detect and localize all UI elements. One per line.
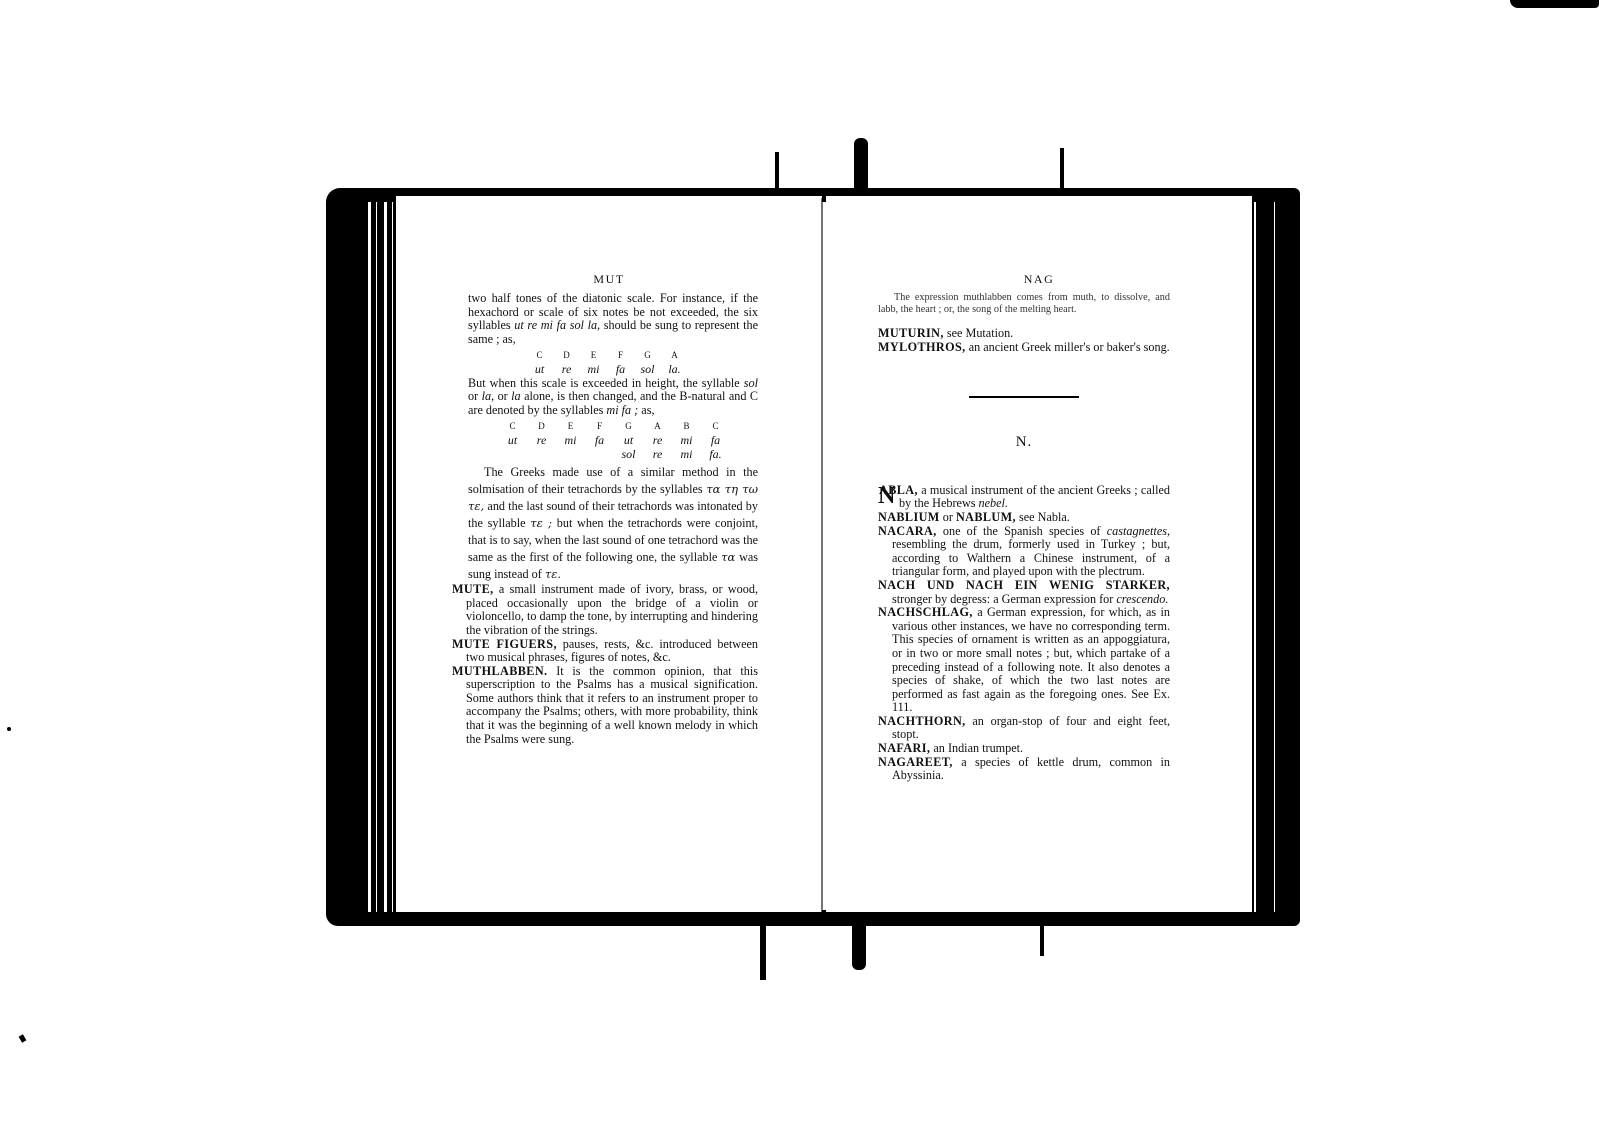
entry-headword: NABLIUM bbox=[878, 510, 940, 524]
entry-definition: stronger by degress: a German expression… bbox=[892, 592, 1113, 606]
dictionary-entry: MUTHLABBEN. It is the common opinion, th… bbox=[452, 665, 758, 747]
running-head-left: MUT bbox=[396, 272, 822, 287]
scale-syllable bbox=[585, 448, 614, 462]
scale-note: C bbox=[701, 420, 730, 434]
bookmark-tab-top-2 bbox=[854, 138, 868, 192]
scale-note: E bbox=[556, 420, 585, 434]
scale-syllable: fa bbox=[607, 363, 634, 377]
scale-syllable: sol bbox=[634, 363, 661, 377]
scale-syllable: mi bbox=[672, 448, 701, 462]
scale-syllable: mi bbox=[672, 434, 701, 448]
scale-syllable: la. bbox=[661, 363, 688, 377]
scale-syllable: ut bbox=[498, 434, 527, 448]
entry-italic-term: castagnettes, bbox=[1107, 524, 1170, 538]
entry-headword: NAGAREET, bbox=[878, 755, 953, 769]
scale-note: D bbox=[527, 420, 556, 434]
muthlabben-note: The expression muthlabben comes from mut… bbox=[878, 292, 1170, 315]
scale-syllable: mi bbox=[556, 434, 585, 448]
scale-syllable: re bbox=[527, 434, 556, 448]
scale-note: B bbox=[672, 420, 701, 434]
dictionary-entry: MUTE, a small instrument made of ivory, … bbox=[452, 583, 758, 637]
dictionary-entry: NAGAREET, a species of kettle drum, comm… bbox=[878, 756, 1170, 783]
entry-definition: see Nabla. bbox=[1019, 510, 1070, 524]
scale-note: G bbox=[614, 420, 643, 434]
scan-artifact-left-2 bbox=[19, 1034, 27, 1043]
entry-definition: one of the Spanish species of bbox=[943, 524, 1101, 538]
entry-headword: NACH UND NACH EIN WENIG STARKER, bbox=[878, 578, 1170, 592]
section-letter-heading: N. bbox=[878, 436, 1170, 450]
running-head-right: NAG bbox=[826, 272, 1252, 287]
right-entries-list: NABLIUM or NABLUM, see Nabla.NACARA, one… bbox=[878, 511, 1170, 783]
dictionary-entry: MYLOTHROS, an ancient Greek miller's or … bbox=[878, 341, 1170, 355]
paragraph-hexachord: two half tones of the diatonic scale. Fo… bbox=[468, 292, 758, 346]
left-page-text-column: two half tones of the diatonic scale. Fo… bbox=[468, 292, 758, 746]
scale-syllable: sol bbox=[614, 448, 643, 462]
scale-six-notes: CDEFGAutremifasolla. bbox=[526, 349, 758, 376]
scale-note: A bbox=[643, 420, 672, 434]
entry-definition: or bbox=[943, 510, 953, 524]
entry-nabla: NABLA, a musical instrument of the ancie… bbox=[878, 484, 1170, 511]
scale-syllable: fa. bbox=[701, 448, 730, 462]
dictionary-entry: NACARA, one of the Spanish species of ca… bbox=[878, 525, 1170, 579]
scale-syllable: re bbox=[643, 434, 672, 448]
scale-note: C bbox=[526, 349, 553, 363]
entry-definition: see Mutation. bbox=[947, 326, 1013, 340]
entry-definition: a German expression, for which, as in va… bbox=[892, 605, 1170, 714]
right-page-text-column: The expression muthlabben comes from mut… bbox=[878, 292, 1170, 783]
entry-headword: NACHSCHLAG, bbox=[878, 605, 973, 619]
entry-definition: an Indian trumpet. bbox=[933, 741, 1023, 755]
right-entries-top: MUTURIN, see Mutation.MYLOTHROS, an anci… bbox=[878, 327, 1170, 354]
entry-headword: MUTURIN, bbox=[878, 326, 944, 340]
section-divider-rule bbox=[969, 396, 1079, 398]
scale-syllable: ut bbox=[526, 363, 553, 377]
entry-definition: a small instrument made of ivory, brass,… bbox=[466, 582, 758, 637]
entry-italic-term: crescendo. bbox=[1116, 592, 1168, 606]
scale-syllable bbox=[527, 448, 556, 462]
right-page: NAG The expression muthlabben comes from… bbox=[826, 196, 1252, 912]
scale-syllable: re bbox=[553, 363, 580, 377]
scale-note: F bbox=[585, 420, 614, 434]
entry-headword: NACARA, bbox=[878, 524, 937, 538]
entry-headword: MUTHLABBEN. bbox=[452, 664, 547, 678]
left-entries-list: MUTE, a small instrument made of ivory, … bbox=[452, 583, 758, 746]
entry-headword: NAFARI, bbox=[878, 741, 930, 755]
scale-syllable bbox=[498, 448, 527, 462]
entry-headword: MYLOTHROS, bbox=[878, 340, 966, 354]
bookmark-tab-top-3 bbox=[1060, 148, 1064, 192]
scale-syllable: re bbox=[643, 448, 672, 462]
dictionary-entry: NACH UND NACH EIN WENIG STARKER, stronge… bbox=[878, 579, 1170, 606]
scale-syllable: fa bbox=[701, 434, 730, 448]
book-page-edges-right bbox=[1250, 188, 1300, 926]
entry-headword: MUTE, bbox=[452, 582, 494, 596]
scale-eight-notes: CDEFGABCutremifautremifa solremifa. bbox=[498, 420, 758, 461]
scale-note: A bbox=[661, 349, 688, 363]
dictionary-entry: NACHSCHLAG, a German expression, for whi… bbox=[878, 606, 1170, 715]
entry-headword: NABLUM, bbox=[956, 510, 1016, 524]
dictionary-entry: MUTE FIGUERS, pauses, rests, &c. introdu… bbox=[452, 638, 758, 665]
entry-definition: an ancient Greek miller's or baker's son… bbox=[969, 340, 1170, 354]
paragraph-exceeded: But when this scale is exceeded in heigh… bbox=[468, 377, 758, 418]
scale-note: F bbox=[607, 349, 634, 363]
scale-syllable: ut bbox=[614, 434, 643, 448]
dictionary-entry: NABLIUM or NABLUM, see Nabla. bbox=[878, 511, 1170, 525]
scale-syllable: mi bbox=[580, 363, 607, 377]
dictionary-entry: MUTURIN, see Mutation. bbox=[878, 327, 1170, 341]
book-cover-bottom-edge bbox=[336, 910, 1296, 926]
entry-definition: resembling the drum, formerly used in Tu… bbox=[892, 537, 1170, 578]
dictionary-entry: NAFARI, an Indian trumpet. bbox=[878, 742, 1170, 756]
entry-headword: NACHTHORN, bbox=[878, 714, 966, 728]
paragraph-greeks: The Greeks made use of a similar method … bbox=[468, 464, 758, 583]
scale-syllable bbox=[556, 448, 585, 462]
entry-headword: MUTE FIGUERS, bbox=[452, 637, 557, 651]
bookmark-tab-bottom-1 bbox=[760, 920, 766, 980]
scale-note: E bbox=[580, 349, 607, 363]
scale-note: C bbox=[498, 420, 527, 434]
book-spread: MUT two half tones of the diatonic scale… bbox=[326, 184, 1303, 930]
scale-note: G bbox=[634, 349, 661, 363]
scale-note: D bbox=[553, 349, 580, 363]
left-page: MUT two half tones of the diatonic scale… bbox=[396, 196, 822, 912]
bookmark-tab-bottom-2 bbox=[852, 920, 866, 970]
book-gutter bbox=[821, 198, 823, 914]
book-page-edges-left bbox=[326, 188, 398, 926]
scan-artifact-top-right bbox=[1510, 0, 1599, 8]
scale-syllable: fa bbox=[585, 434, 614, 448]
dictionary-entry: NACHTHORN, an organ-stop of four and eig… bbox=[878, 715, 1170, 742]
scan-artifact-left-1 bbox=[7, 727, 11, 731]
bookmark-tab-top-1 bbox=[775, 152, 779, 192]
